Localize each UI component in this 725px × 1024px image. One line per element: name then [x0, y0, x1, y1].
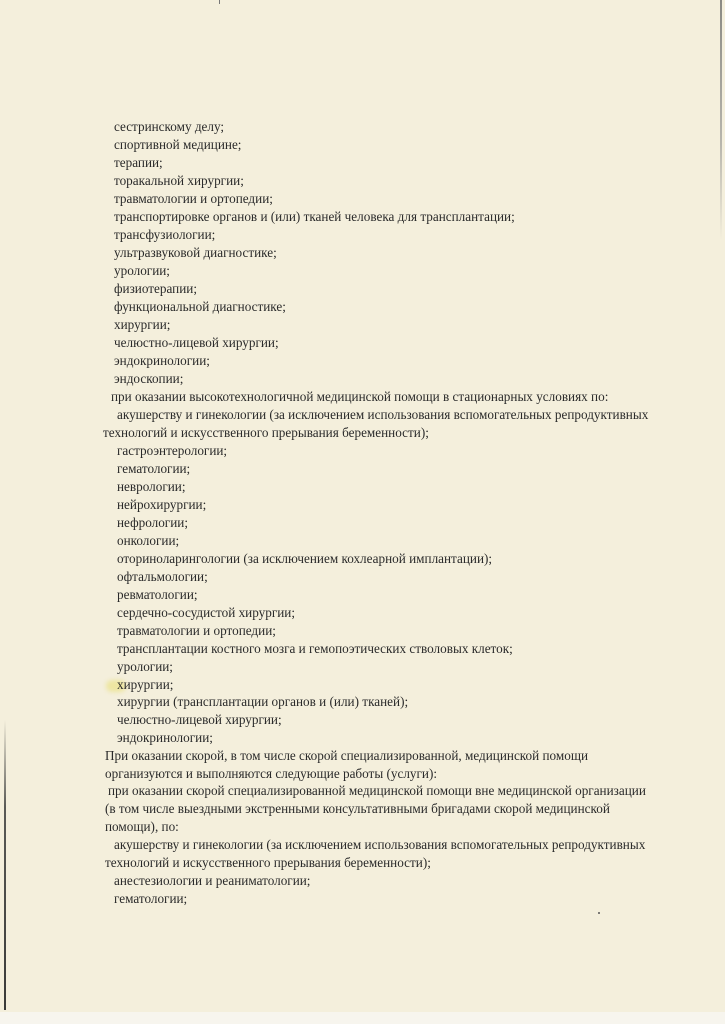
text-line: акушерству и гинекологии (за исключением…: [114, 836, 645, 854]
text-line: помощи), по:: [105, 818, 179, 836]
text-line: эндоскопии;: [114, 370, 183, 388]
text-line: технологий и искусственного прерывания б…: [103, 424, 429, 442]
text-line: оториноларингологии (за исключением кохл…: [117, 550, 492, 568]
text-line: эндокринологии;: [117, 729, 213, 747]
text-line: при оказании скорой специализированной м…: [108, 782, 646, 800]
text-line: при оказании высокотехнологичной медицин…: [111, 388, 608, 406]
text-line: хирургии (трансплантации органов и (или)…: [117, 693, 408, 711]
text-line: (в том числе выездными экстренными консу…: [105, 800, 610, 818]
text-line: трансплантации костного мозга и гемопоэт…: [117, 640, 513, 658]
text-line: хирургии;: [117, 676, 173, 694]
text-line: нейрохирургии;: [117, 496, 206, 514]
scan-artifact: [219, 0, 220, 4]
text-line: травматологии и ортопедии;: [114, 190, 273, 208]
text-line: торакальной хирургии;: [114, 172, 244, 190]
text-line: эндокринологии;: [114, 352, 210, 370]
text-line: транспортировке органов и (или) тканей ч…: [114, 208, 515, 226]
scan-speck: [598, 912, 600, 914]
text-line: трансфузиологии;: [114, 226, 215, 244]
scanned-page: сестринскому делу;спортивной медицине;те…: [0, 0, 725, 1024]
text-line: функциональной диагностике;: [114, 298, 286, 316]
text-line: ревматологии;: [117, 586, 198, 604]
text-line: акушерству и гинекологии (за исключением…: [117, 406, 648, 424]
text-line: ультразвуковой диагностике;: [114, 244, 277, 262]
text-line: челюстно-лицевой хирургии;: [114, 334, 279, 352]
page-bottom-margin: [0, 1012, 725, 1024]
text-line: терапии;: [114, 154, 163, 172]
text-line: урологии;: [114, 262, 170, 280]
text-line: анестезиологии и реаниматологии;: [114, 872, 310, 890]
text-line: челюстно-лицевой хирургии;: [117, 711, 282, 729]
text-line: нефрологии;: [117, 514, 188, 532]
text-line: сердечно-сосудистой хирургии;: [117, 604, 295, 622]
text-line: онкологии;: [117, 532, 179, 550]
text-line: спортивной медицине;: [114, 136, 241, 154]
text-line: урологии;: [117, 658, 173, 676]
text-line: неврологии;: [117, 478, 186, 496]
text-line: гастроэнтерологии;: [117, 442, 227, 460]
text-line: физиотерапии;: [114, 280, 197, 298]
text-line: сестринскому делу;: [114, 118, 224, 136]
text-line: технологий и искусственного прерывания б…: [105, 854, 431, 872]
scan-edge-shadow: [720, 0, 722, 240]
text-line: травматологии и ортопедии;: [117, 622, 276, 640]
text-line: гематологии;: [114, 890, 187, 908]
text-line: хирургии;: [114, 316, 170, 334]
scan-edge-shadow: [4, 720, 6, 1010]
text-line: организуются и выполняются следующие раб…: [105, 765, 437, 783]
text-line: гематологии;: [117, 460, 190, 478]
text-line: При оказании скорой, в том числе скорой …: [105, 747, 588, 765]
text-line: офтальмологии;: [117, 568, 208, 586]
